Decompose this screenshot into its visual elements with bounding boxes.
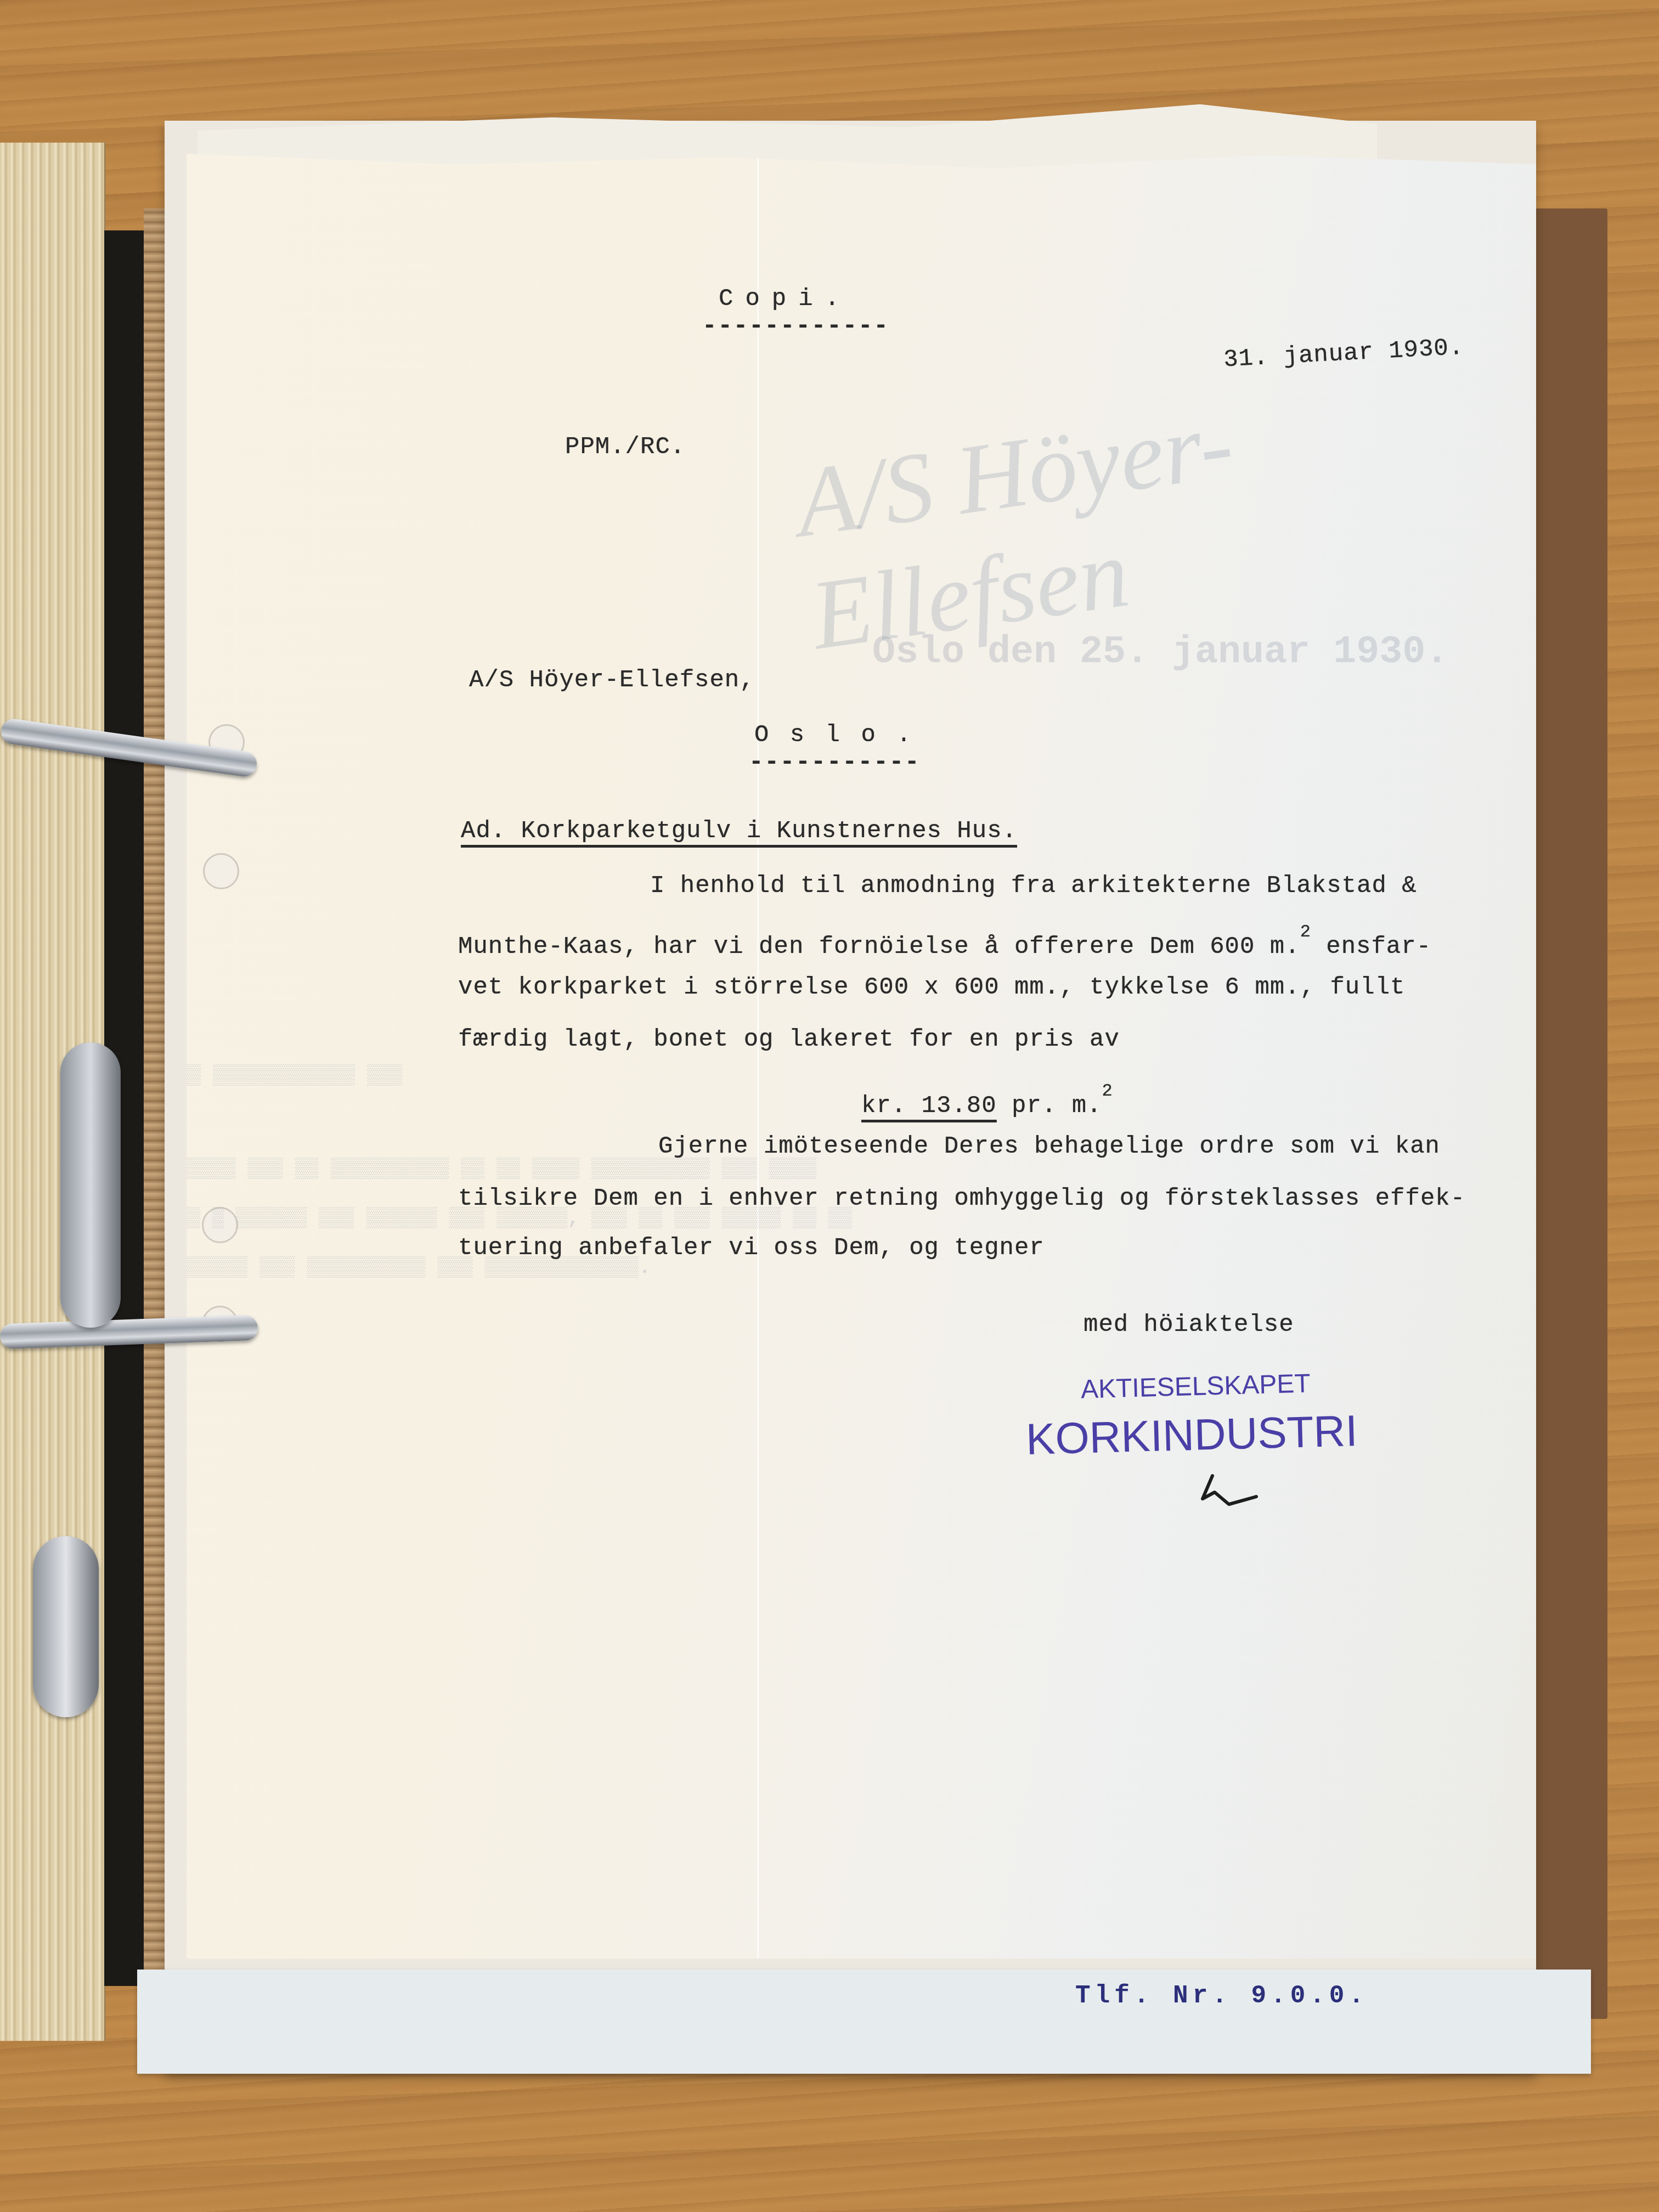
ghost-line: ▒▒▒▒▒▒ ▒▒▒ ▒▒ ▒▒▒▒▒▒▒▒▒▒ ▒▒ ▒▒ ▒▒▒▒ ▒▒▒▒…: [165, 1158, 816, 1180]
price-unit: pr. m.: [997, 1092, 1102, 1120]
body-line: vet korkparket i störrelse 600 x 600 mm.…: [458, 974, 1405, 1001]
bottom-sheet-fragment: Tlf. Nr. 9.0.0.: [1075, 1982, 1368, 2010]
body-line-text: Munthe-Kaas, har vi den fornöielse å off…: [458, 933, 1300, 961]
company-stamp-line-1: AKTIESELSKAPET: [1080, 1369, 1311, 1405]
body-line: Munthe-Kaas, har vi den fornöielse å off…: [458, 922, 1431, 961]
body-line: tuering anbefaler vi oss Dem, og tegner: [458, 1234, 1045, 1262]
letter-page: A/S Höyer-Ellefsen Oslo den 25. januar 1…: [187, 154, 1536, 1959]
ghost-line: ▒▒▒▒ ▒▒▒▒▒▒▒▒▒▒▒▒ ▒▒▒: [154, 1064, 403, 1087]
copy-underline: ------------: [702, 313, 889, 340]
ghost-date-line: Oslo den 25. januar 1930.: [872, 631, 1448, 674]
ghost-letterhead: A/S Höyer-Ellefsen: [789, 345, 1549, 672]
reference-code: PPM./RC.: [565, 433, 685, 461]
binder-lever: [60, 1042, 121, 1328]
letter-subject: Ad. Korkparketgulv i Kunstnernes Hus.: [461, 817, 1017, 845]
recipient-city-underline: -----------: [749, 749, 920, 776]
binder-cover-edge: [144, 208, 166, 2019]
binder-back-cover: [1525, 208, 1607, 2019]
fold-line: [757, 154, 759, 1959]
superscript: 2: [1102, 1081, 1113, 1101]
bottom-sheet: [137, 1970, 1591, 2074]
copy-label: Copi.: [719, 285, 851, 313]
recipient-company: A/S Höyer-Ellefsen,: [469, 667, 755, 694]
binder-clip: [33, 1536, 99, 1717]
recipient-city: O s l o .: [754, 721, 915, 749]
punch-hole: [203, 853, 239, 889]
price-amount: kr. 13.80: [861, 1092, 997, 1120]
body-line: Gjerne imöteseende Deres behagelige ordr…: [658, 1133, 1440, 1160]
body-line: I henhold til anmodning fra arkitekterne…: [650, 872, 1417, 900]
price-line: kr. 13.80 pr. m.2: [861, 1081, 1113, 1120]
handwritten-initials: [1196, 1470, 1273, 1509]
body-line: færdig lagt, bonet og lakeret for en pri…: [458, 1026, 1120, 1053]
closing: med höiaktelse: [1084, 1311, 1294, 1339]
company-stamp-line-2: KORKINDUSTRI: [1025, 1406, 1358, 1465]
body-line-text: ensfar-: [1311, 933, 1431, 961]
superscript: 2: [1300, 922, 1311, 942]
body-line: tilsikre Dem en i enhver retning omhygge…: [458, 1185, 1465, 1212]
